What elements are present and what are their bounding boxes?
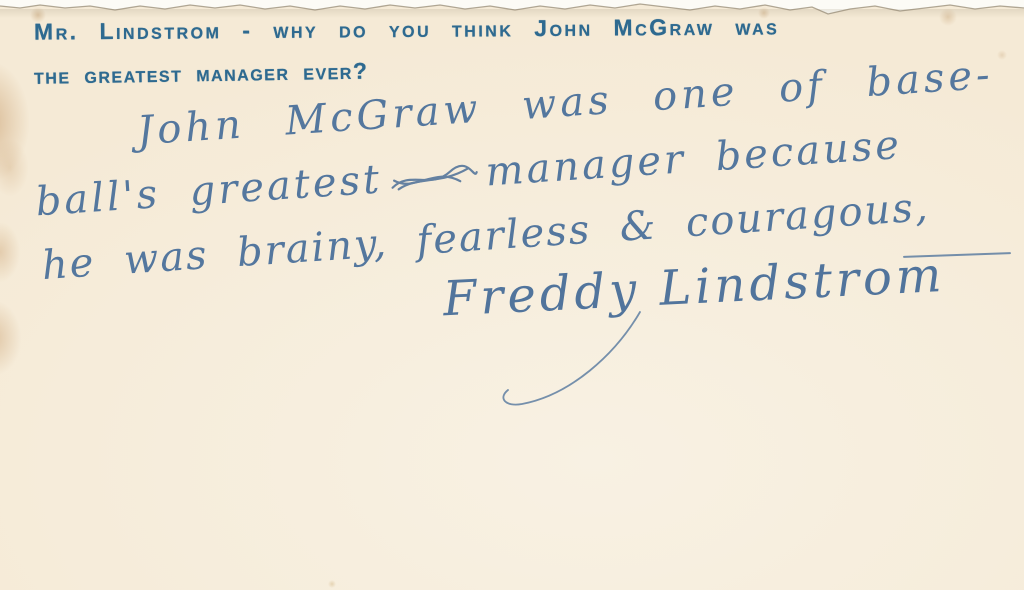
scribbled-out-word (387, 156, 481, 196)
index-card: Mr. Lindstrom - why do you think John Mc… (0, 0, 1024, 590)
question-line-1: Mr. Lindstrom - why do you think John Mc… (34, 13, 779, 45)
handwritten-answer: John McGraw was one of base- ball's grea… (24, 50, 1024, 360)
torn-paper-edge (0, 0, 1024, 16)
